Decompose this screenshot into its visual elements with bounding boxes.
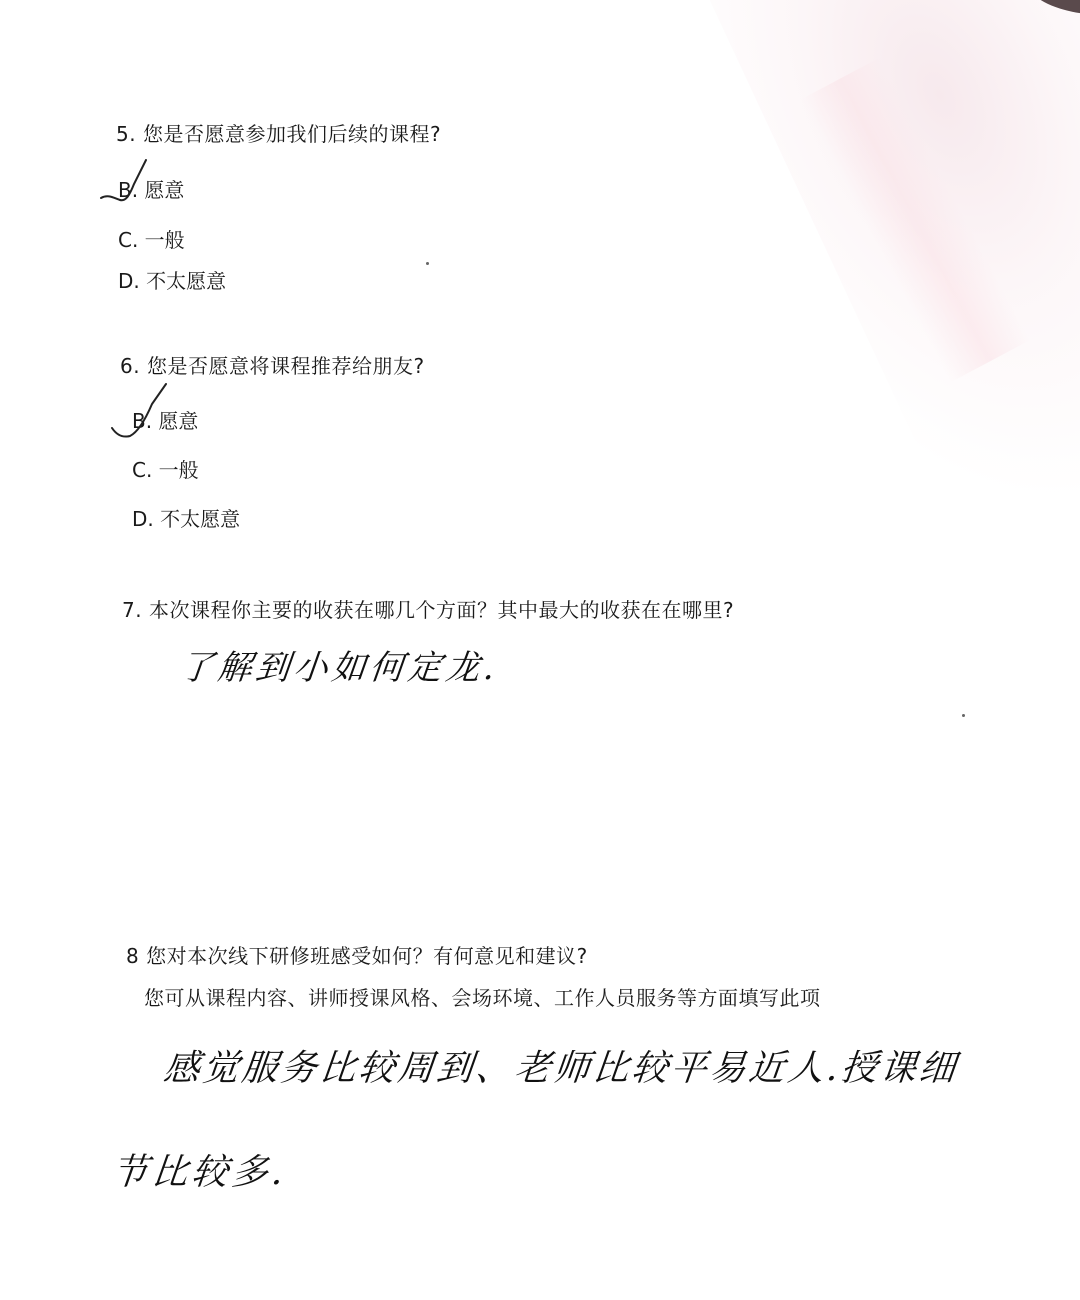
q6-option-b[interactable]: B. 愿意 [132, 405, 198, 434]
question-6: 6. 您是否愿意将课程推荐给朋友? [120, 350, 425, 379]
q6-option-d[interactable]: D. 不太愿意 [132, 503, 240, 532]
paper-shadow-streak [800, 58, 1030, 383]
question-8-hint: 您可从课程内容、讲师授课风格、会场环境、工作人员服务等方面填写此项 [144, 982, 821, 1011]
q5-option-c[interactable]: C. 一般 [118, 224, 185, 253]
q6-option-c[interactable]: C. 一般 [132, 454, 199, 483]
handwritten-answer-q7: 了解到小如何定龙. [177, 640, 501, 689]
question-7: 7. 本次课程你主要的收获在哪几个方面？其中最大的收获在在哪里? [122, 594, 734, 623]
question-8: 8 您对本次线下研修班感受如何？有何意见和建议? [126, 940, 588, 969]
speck [426, 262, 429, 265]
q5-option-b[interactable]: B. 愿意 [118, 174, 184, 203]
corner-object-edge [1028, 0, 1080, 21]
question-5: 5. 您是否愿意参加我们后续的课程? [116, 118, 441, 147]
q5-option-d[interactable]: D. 不太愿意 [118, 265, 226, 294]
paper-shadow [709, 0, 1080, 560]
handwritten-answer-q8-line1: 感觉服务比较周到、老师比较平易近人.授课细 [161, 1040, 961, 1091]
handwritten-answer-q8-line2: 节比较多. [109, 1144, 290, 1195]
speck [962, 714, 965, 717]
